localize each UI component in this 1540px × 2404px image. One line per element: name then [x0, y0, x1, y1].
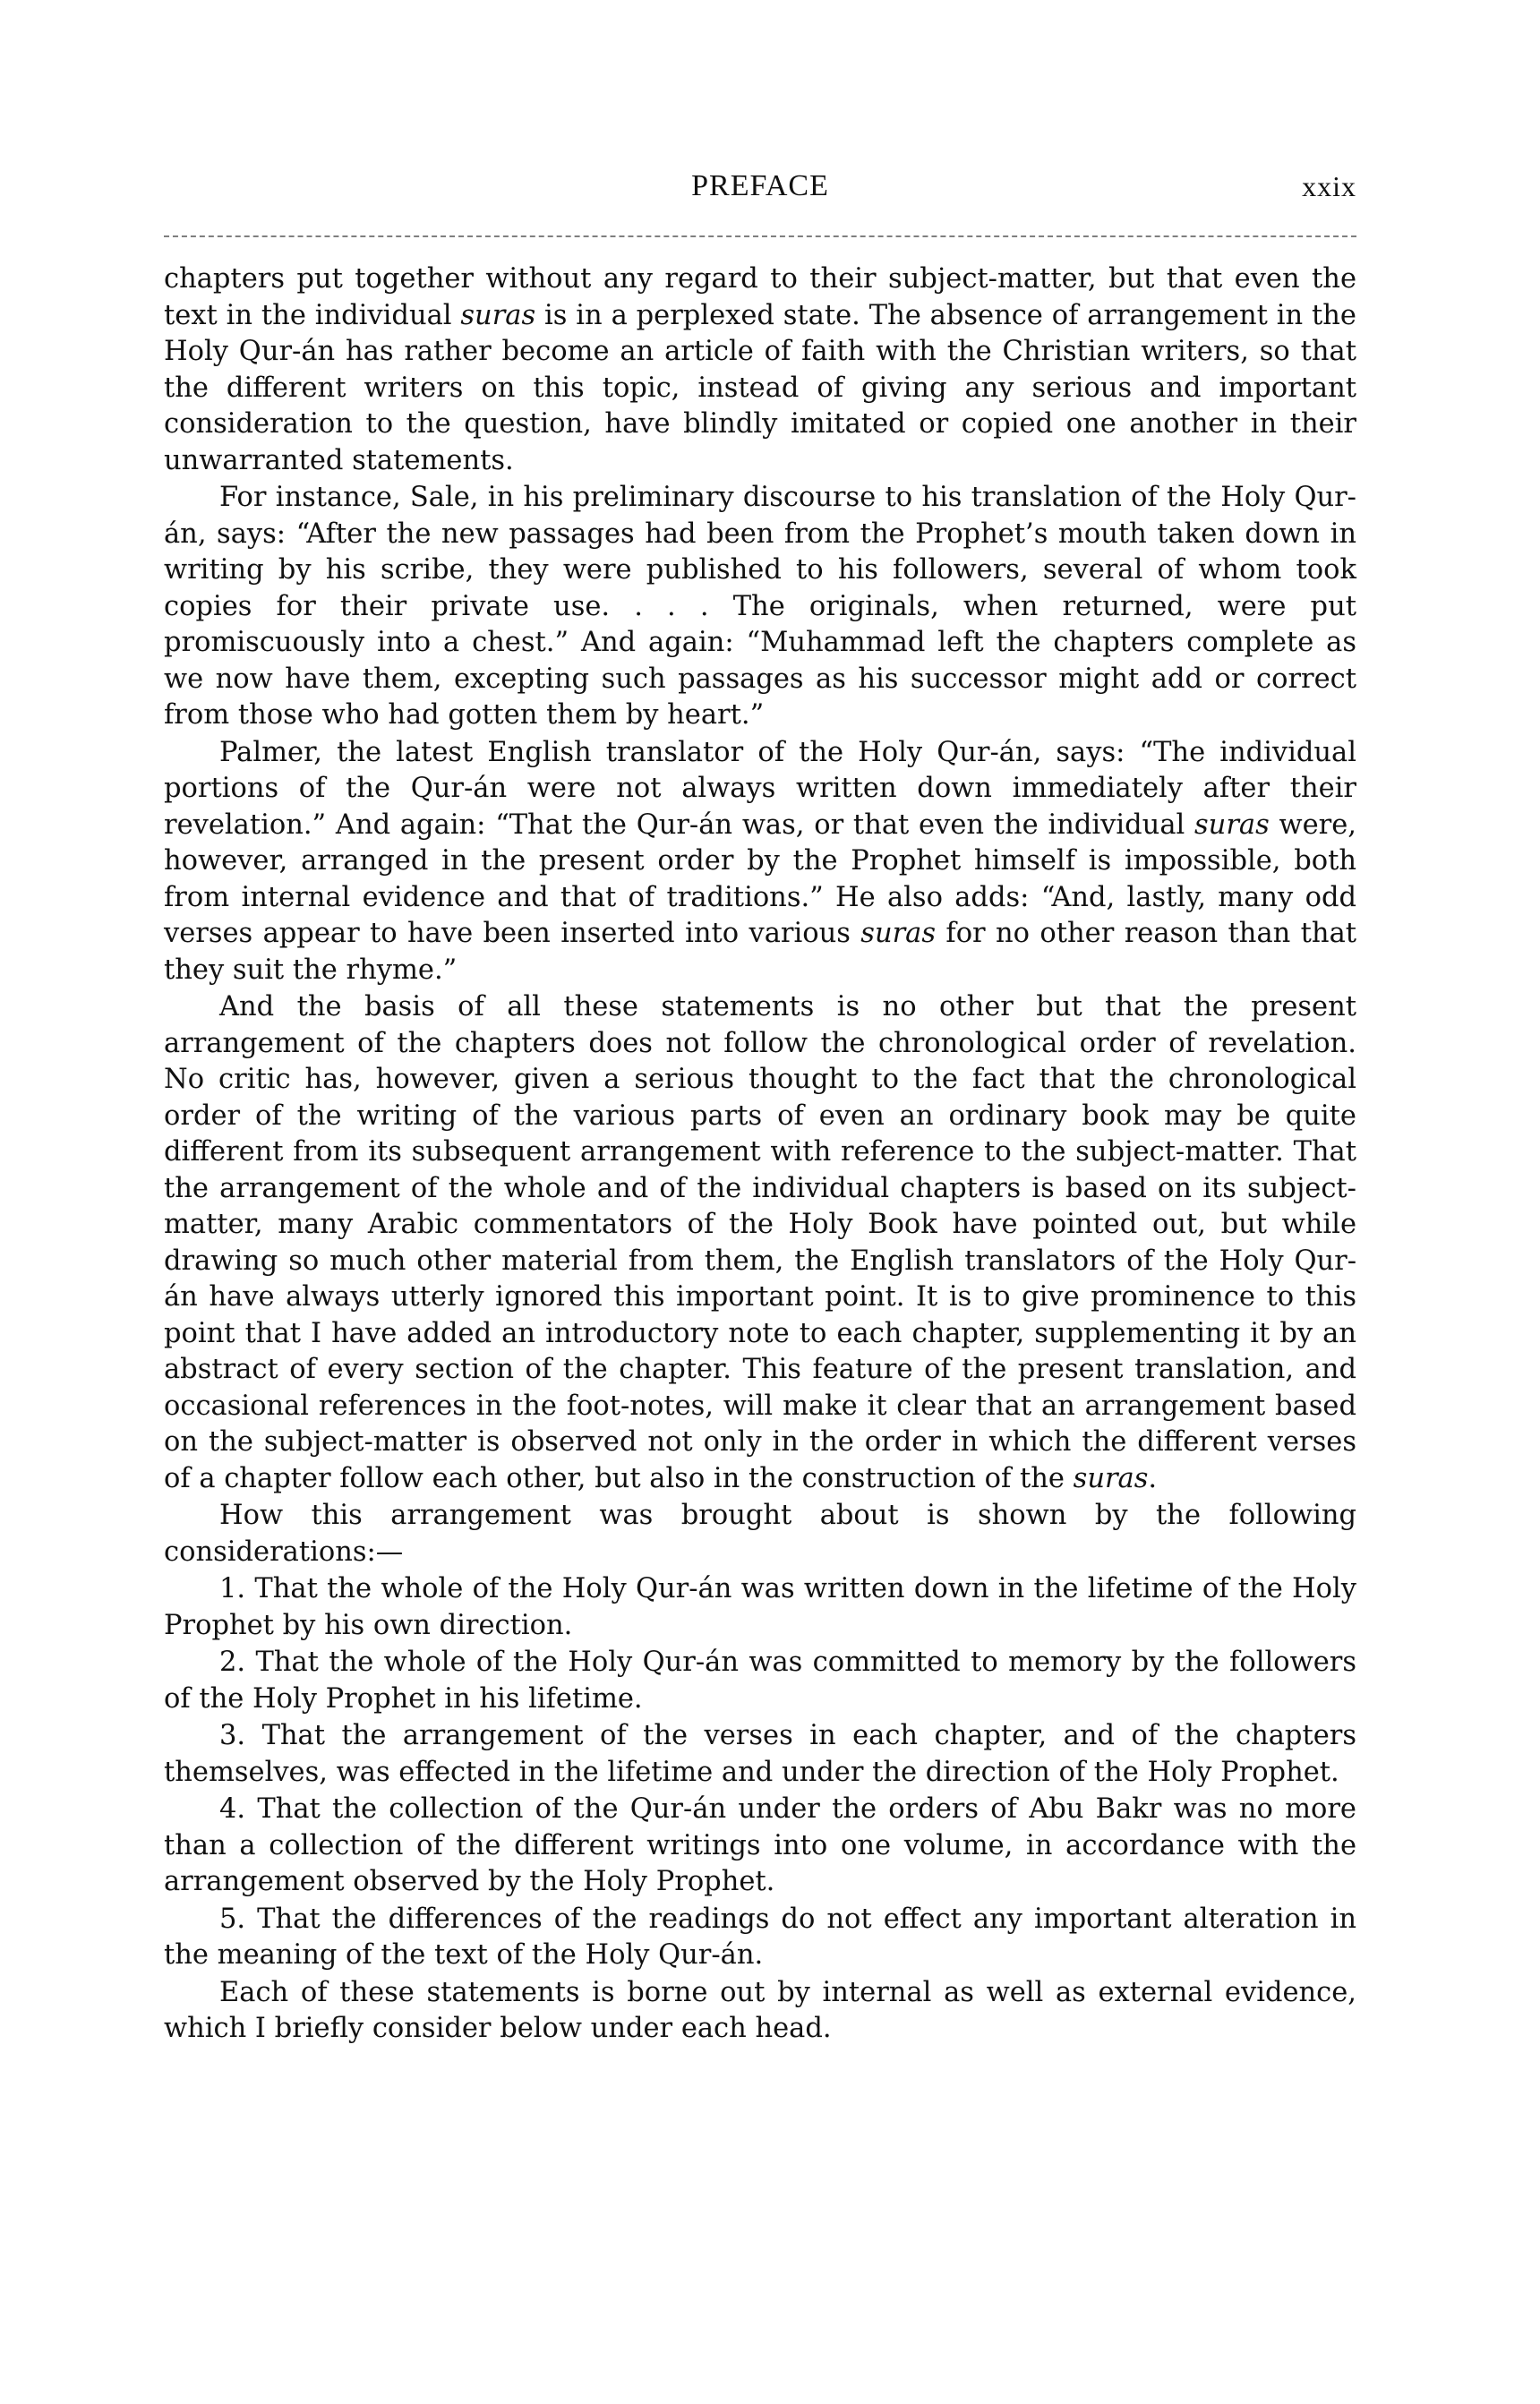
paragraph-considerations-intro: How this arrangement was brought about i… — [164, 1498, 1356, 1570]
text-run: . — [1148, 1463, 1157, 1494]
paragraph-palmer-quote: Palmer, the latest English translator of… — [164, 735, 1356, 989]
paragraph-basis: And the basis of all these statements is… — [164, 989, 1356, 1497]
paragraph-sale-quote: For instance, Sale, in his preliminary d… — [164, 480, 1356, 734]
page-number: xxix — [1302, 167, 1356, 206]
list-item-4: 4. That the collection of the Qur-án und… — [164, 1792, 1356, 1901]
list-item-3: 3. That the arrangement of the verses in… — [164, 1718, 1356, 1791]
text-run: For instance, Sale, in his preliminary d… — [164, 482, 1356, 731]
list-item-1: 1. That the whole of the Holy Qur-án was… — [164, 1571, 1356, 1644]
italic-term: suras — [860, 918, 936, 949]
body-text: chapters put together without any regard… — [164, 261, 1356, 2049]
italic-term: suras — [460, 300, 535, 331]
running-head: PREFACE xxix — [164, 167, 1356, 206]
text-run: And the basis of all these statements is… — [164, 991, 1356, 1494]
paragraph-closing: Each of these statements is borne out by… — [164, 1975, 1356, 2048]
text-run: Palmer, the latest English translator of… — [164, 737, 1356, 841]
paragraph-continued: chapters put together without any regard… — [164, 261, 1356, 479]
book-page: PREFACE xxix chapters put together witho… — [0, 0, 1540, 2404]
italic-term: suras — [1194, 809, 1270, 841]
running-title: PREFACE — [164, 167, 1356, 206]
text-run: 4. That the collection of the Qur-án und… — [164, 1793, 1356, 1897]
text-run: 3. That the arrangement of the verses in… — [164, 1720, 1356, 1788]
text-run: How this arrangement was brought about i… — [164, 1500, 1356, 1568]
text-run: Each of these statements is borne out by… — [164, 1977, 1356, 2045]
text-run: 2. That the whole of the Holy Qur-án was… — [164, 1647, 1356, 1715]
list-item-2: 2. That the whole of the Holy Qur-án was… — [164, 1645, 1356, 1717]
italic-term: suras — [1074, 1463, 1149, 1494]
header-rule-divider — [164, 235, 1356, 237]
list-item-5: 5. That the differences of the readings … — [164, 1902, 1356, 1974]
text-run: 5. That the differences of the readings … — [164, 1904, 1356, 1972]
text-run: 1. That the whole of the Holy Qur-án was… — [164, 1573, 1356, 1641]
